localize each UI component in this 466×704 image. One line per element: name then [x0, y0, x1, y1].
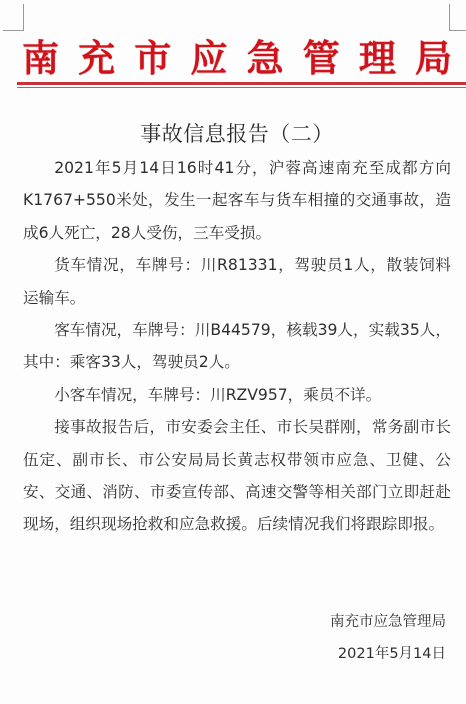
letterhead-org-name: 南 充 市 应 急 管 理 局 [22, 30, 452, 80]
paragraph-bus-info: 客车情况，车牌号：川B44579，核载39人，实载35人，其中：乘客33人，驾驶… [23, 314, 451, 379]
letterhead-red-rule-thin [17, 87, 466, 88]
document-page: 南 充 市 应 急 管 理 局 事故信息报告（二） 2021年5月14日16时4… [0, 0, 466, 704]
letterhead-char: 应 [190, 28, 227, 82]
crop-mark-top-left [3, 4, 24, 31]
paragraph-car-info: 小客车情况，车牌号：川RZV957，乘员不详。 [23, 379, 451, 411]
letterhead-char: 南 [22, 28, 59, 82]
document-body: 2021年5月14日16时41分，沪蓉高速南充至成都方向K1767+550米处，… [23, 152, 451, 541]
document-title: 事故信息报告（二） [0, 118, 466, 148]
paragraph-accident-summary: 2021年5月14日16时41分，沪蓉高速南充至成都方向K1767+550米处，… [23, 152, 451, 249]
letterhead-char: 市 [134, 28, 171, 82]
letterhead-red-rule-thick [17, 82, 466, 85]
letterhead-char: 急 [247, 28, 284, 82]
letterhead-char: 管 [303, 28, 340, 82]
paragraph-response: 接事故报告后，市安委会主任、市长吴群刚，常务副市长伍定、副市长、市公安局局长黄志… [23, 411, 451, 541]
signature-date: 2021年5月14日 [330, 638, 446, 670]
signature-org: 南充市应急管理局 [330, 606, 446, 638]
letterhead-char: 理 [359, 28, 396, 82]
paragraph-truck-info: 货车情况，车牌号：川R81331，驾驶员1人，散装饲料运输车。 [23, 249, 451, 314]
signature-block: 南充市应急管理局 2021年5月14日 [330, 606, 446, 670]
crop-mark-top-right [449, 4, 466, 31]
letterhead-char: 局 [415, 28, 452, 82]
letterhead-char: 充 [78, 28, 115, 82]
